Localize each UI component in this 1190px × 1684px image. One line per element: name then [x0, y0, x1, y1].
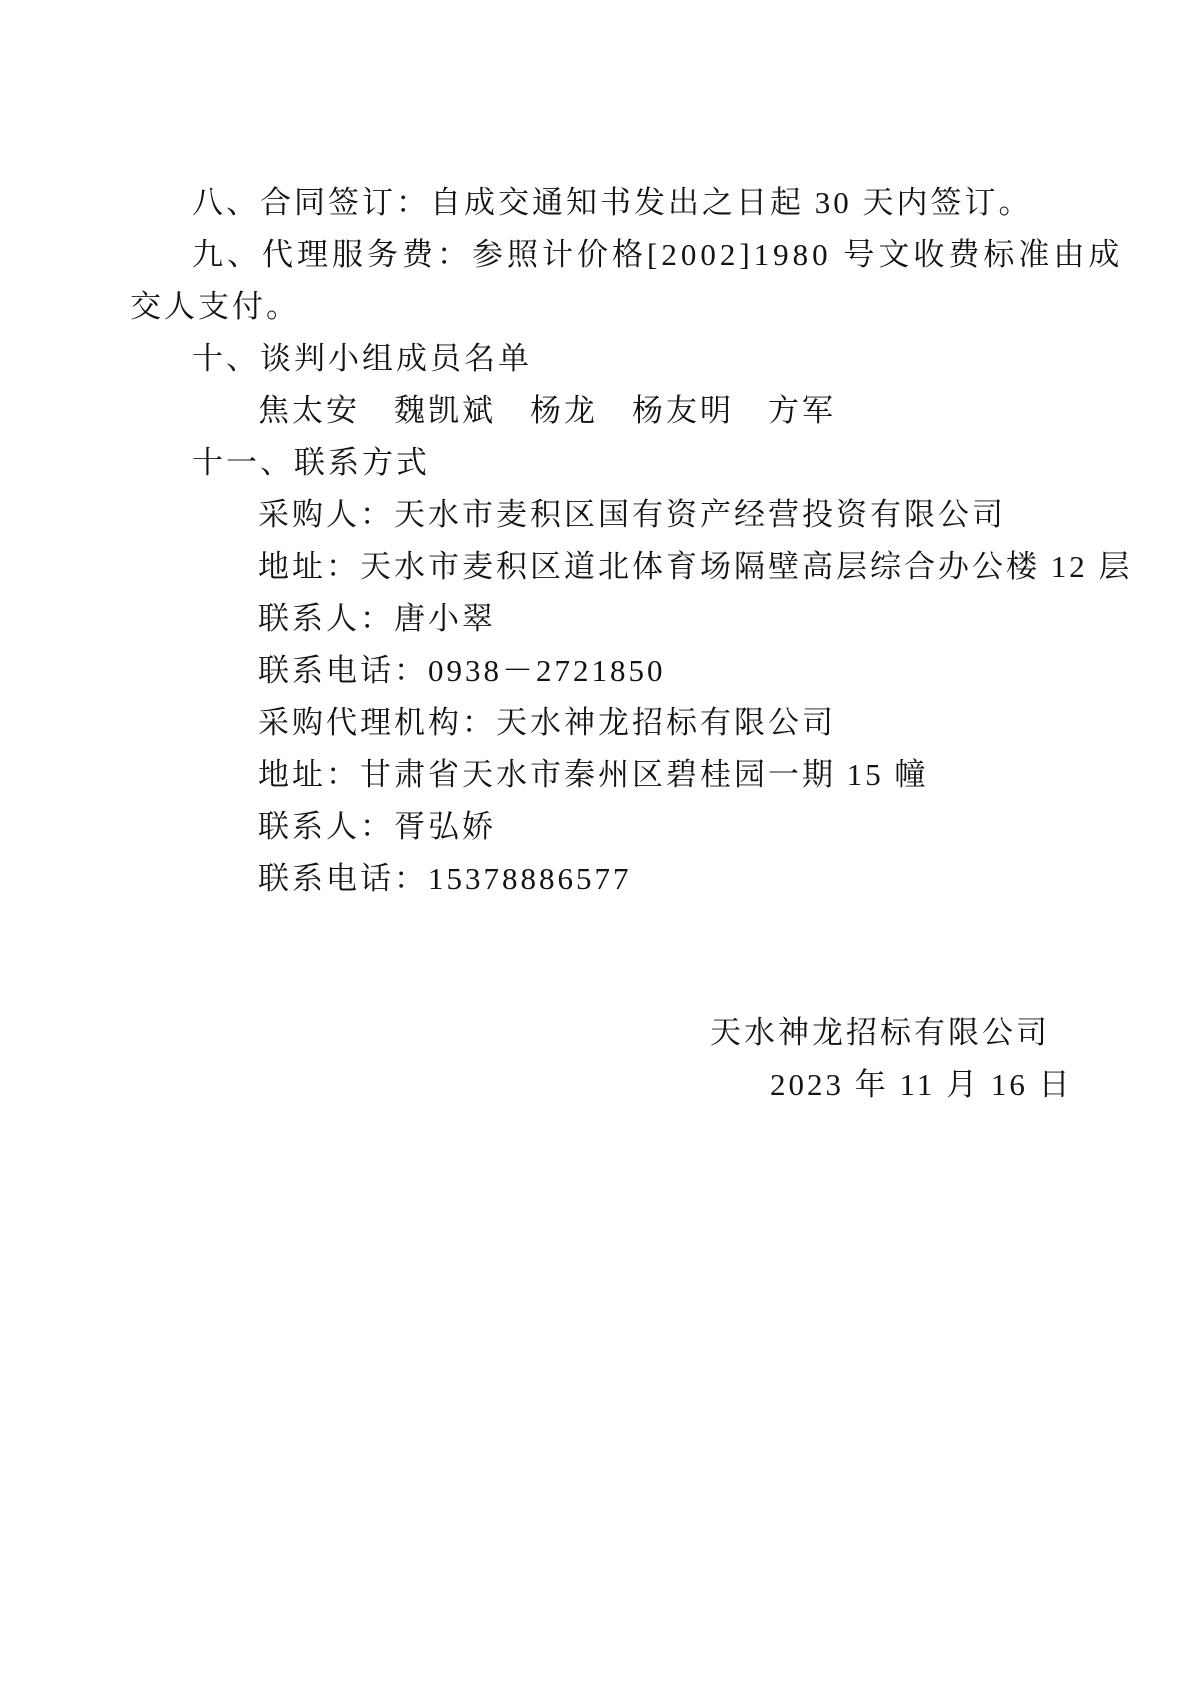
- purchaser-phone-line: 联系电话：0938－2721850: [130, 645, 1080, 697]
- contract-signing-line: 八、合同签订：自成交通知书发出之日起 30 天内签订。: [130, 177, 1080, 229]
- negotiation-team-members: 焦太安 魏凯斌 杨龙 杨友明 方军: [130, 385, 1080, 437]
- agency-name-line: 采购代理机构：天水神龙招标有限公司: [130, 697, 1080, 749]
- agency-contact-line: 联系人：胥弘娇: [130, 801, 1080, 853]
- purchaser-name-line: 采购人：天水市麦积区国有资产经营投资有限公司: [130, 489, 1080, 541]
- agency-phone-line: 联系电话：15378886577: [130, 853, 1080, 905]
- agency-fee-line: 九、代理服务费：参照计价格[2002]1980 号文收费标准由成: [130, 229, 1080, 281]
- negotiation-team-heading: 十、谈判小组成员名单: [130, 333, 1080, 385]
- contact-section-heading: 十一、联系方式: [130, 437, 1080, 489]
- agency-fee-continuation-line: 交人支付。: [130, 281, 1080, 333]
- document-body: 八、合同签订：自成交通知书发出之日起 30 天内签订。 九、代理服务费：参照计价…: [130, 177, 1080, 1111]
- signature-date: 2023 年 11 月 16 日: [130, 1059, 1080, 1111]
- document-page: 八、合同签订：自成交通知书发出之日起 30 天内签订。 九、代理服务费：参照计价…: [0, 0, 1190, 1684]
- signature-block: 天水神龙招标有限公司 2023 年 11 月 16 日: [130, 1007, 1080, 1111]
- agency-address-line: 地址：甘肃省天水市秦州区碧桂园一期 15 幢: [130, 749, 1080, 801]
- signature-company: 天水神龙招标有限公司: [130, 1007, 1080, 1059]
- purchaser-address-line: 地址：天水市麦积区道北体育场隔壁高层综合办公楼 12 层: [130, 541, 1080, 593]
- purchaser-contact-line: 联系人：唐小翠: [130, 593, 1080, 645]
